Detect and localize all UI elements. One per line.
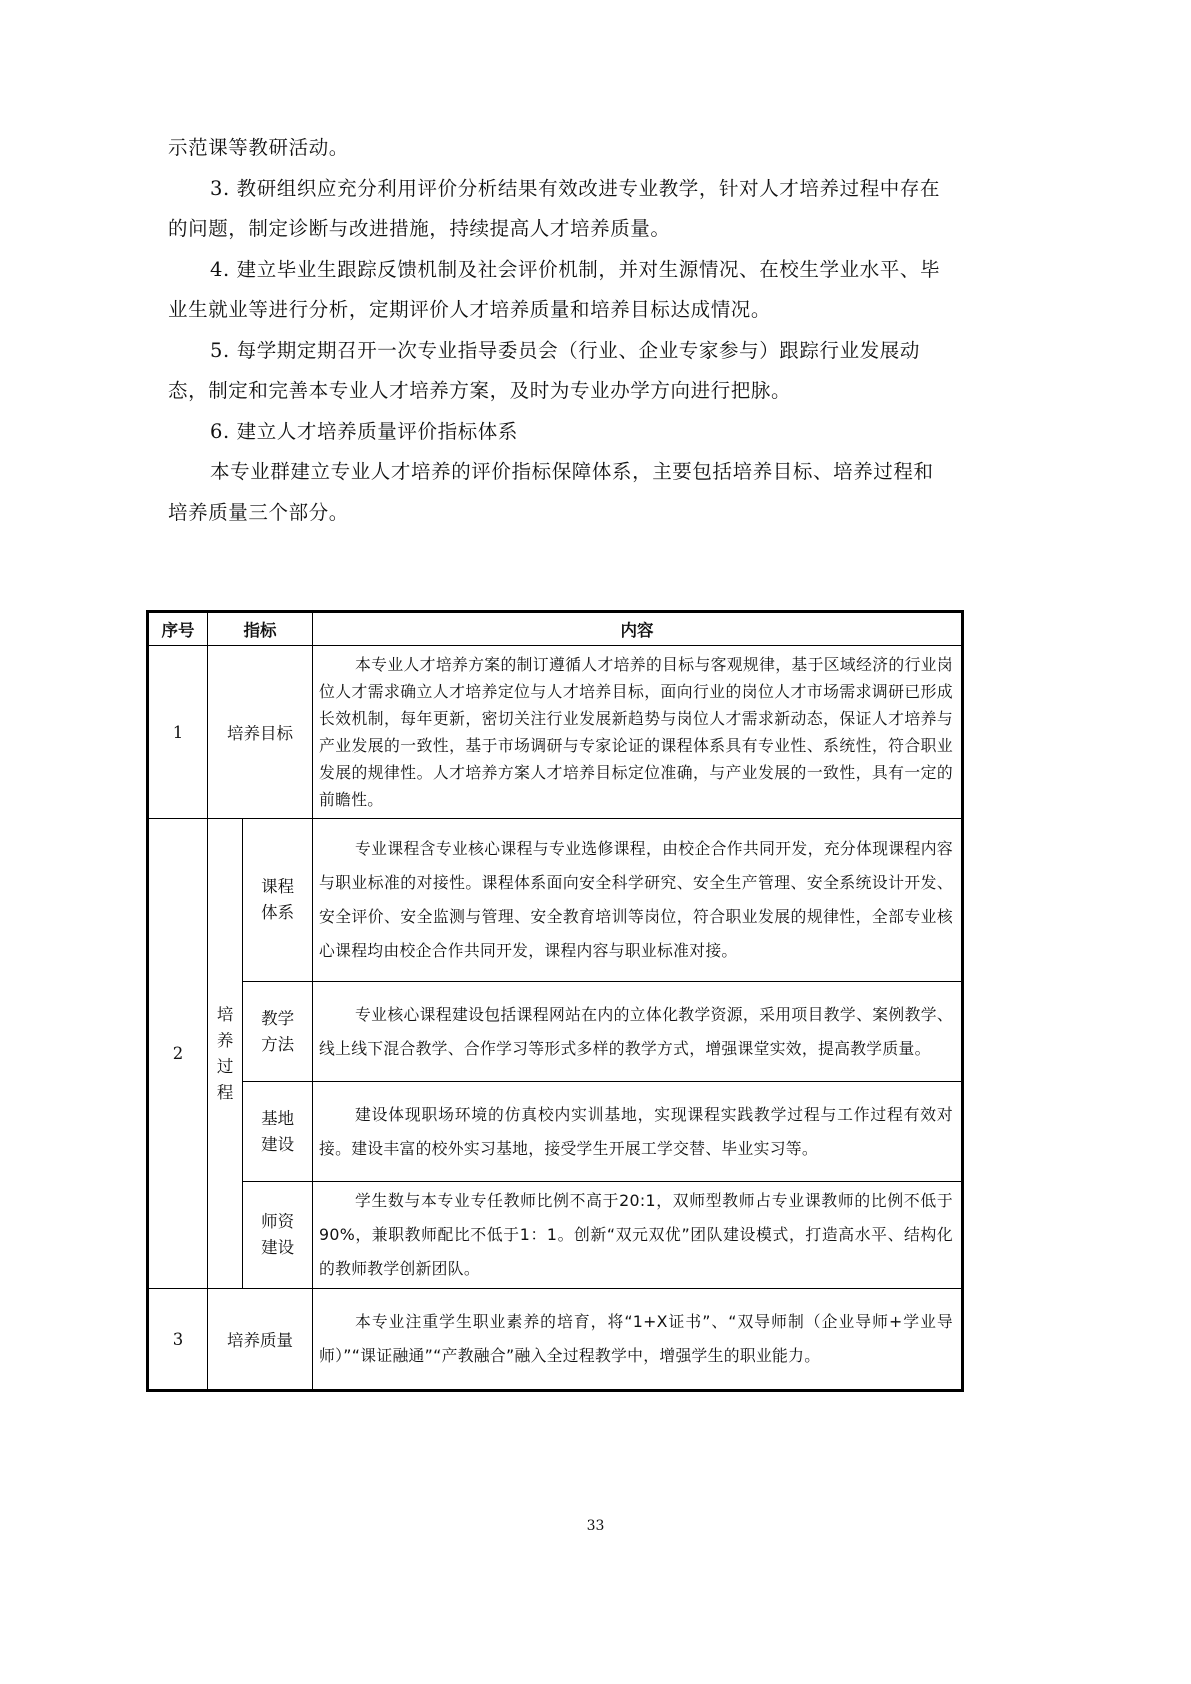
sub-indicator-faculty: 师资 建设	[243, 1182, 313, 1289]
table-row: 师资 建设 学生数与本专业专任教师比例不高于20:1，双师型教师占专业课教师的比…	[148, 1182, 963, 1289]
row-content: 本专业人才培养方案的制订遵循人才培养的目标与客观规律，基于区域经济的行业岗位人才…	[313, 646, 963, 819]
sub-content-curriculum: 专业课程含专业核心课程与专业选修课程，由校企合作共同开发，充分体现课程内容与职业…	[313, 819, 963, 982]
page-number: 33	[0, 1518, 1191, 1534]
sub-content-faculty: 学生数与本专业专任教师比例不高于20:1，双师型教师占专业课教师的比例不低于90…	[313, 1182, 963, 1289]
body-text: 示范课等教研活动。 3. 教研组织应充分利用评价分析结果有效改进专业教学，针对人…	[168, 128, 948, 533]
evaluation-indicator-table: 序号 指标 内容 1 培养目标 本专业人才培养方案的制订遵循人才培养的目标与客观…	[146, 610, 964, 1392]
table-row: 1 培养目标 本专业人才培养方案的制订遵循人才培养的目标与客观规律，基于区域经济…	[148, 646, 963, 819]
sub-content-teaching-method: 专业核心课程建设包括课程网站在内的立体化教学资源，采用项目教学、案例教学、线上线…	[313, 982, 963, 1082]
paragraph-continuation: 示范课等教研活动。	[168, 128, 948, 169]
paragraph-item-5: 5. 每学期定期召开一次专业指导委员会（行业、企业专家参与）跟踪行业发展动态，制…	[168, 331, 948, 412]
row-indicator-vertical: 培 养 过 程	[208, 819, 243, 1289]
header-seq: 序号	[148, 612, 208, 646]
row-seq: 2	[148, 819, 208, 1289]
sub-content-base-building: 建设体现职场环境的仿真校内实训基地，实现课程实践教学过程与工作过程有效对接。建设…	[313, 1082, 963, 1182]
table-row: 基地 建设 建设体现职场环境的仿真校内实训基地，实现课程实践教学过程与工作过程有…	[148, 1082, 963, 1182]
row-seq: 1	[148, 646, 208, 819]
table-row: 3 培养质量 本专业注重学生职业素养的培育，将“1+X证书”、“双导师制（企业导…	[148, 1289, 963, 1391]
header-indicator: 指标	[208, 612, 313, 646]
table-row: 教学 方法 专业核心课程建设包括课程网站在内的立体化教学资源，采用项目教学、案例…	[148, 982, 963, 1082]
paragraph-item-3: 3. 教研组织应充分利用评价分析结果有效改进专业教学，针对人才培养过程中存在的问…	[168, 169, 948, 250]
row-indicator: 培养目标	[208, 646, 313, 819]
row-indicator: 培养质量	[208, 1289, 313, 1391]
table-header-row: 序号 指标 内容	[148, 612, 963, 646]
paragraph-intro: 本专业群建立专业人才培养的评价指标保障体系，主要包括培养目标、培养过程和培养质量…	[168, 452, 948, 533]
row-content: 本专业注重学生职业素养的培育，将“1+X证书”、“双导师制（企业导师+学业导师）…	[313, 1289, 963, 1391]
paragraph-item-6-heading: 6. 建立人才培养质量评价指标体系	[168, 412, 948, 453]
paragraph-item-4: 4. 建立毕业生跟踪反馈机制及社会评价机制，并对生源情况、在校生学业水平、毕业生…	[168, 250, 948, 331]
sub-indicator-teaching-method: 教学 方法	[243, 982, 313, 1082]
header-content: 内容	[313, 612, 963, 646]
row-seq: 3	[148, 1289, 208, 1391]
table-row: 2 培 养 过 程 课程 体系 专业课程含专业核心课程与专业选修课程，由校企合作…	[148, 819, 963, 982]
sub-indicator-curriculum: 课程 体系	[243, 819, 313, 982]
sub-indicator-base-building: 基地 建设	[243, 1082, 313, 1182]
